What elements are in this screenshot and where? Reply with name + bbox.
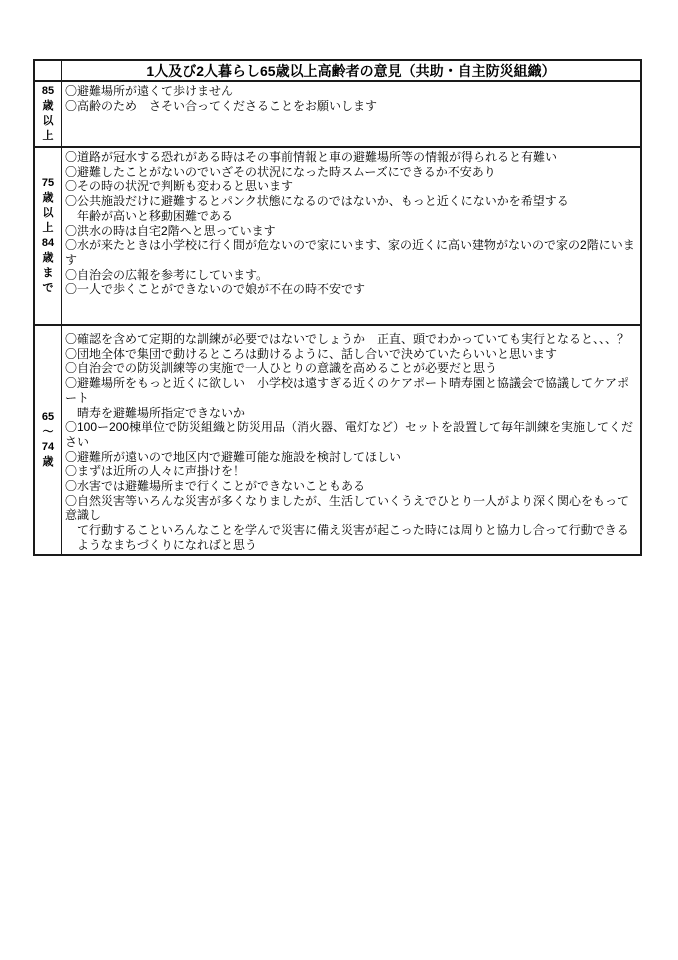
opinion-item: 〇自治会での防災訓練等の実施で一人ひとりの意識を高めることが必要だと思う bbox=[65, 361, 636, 376]
age-label-line: 歳 bbox=[43, 455, 54, 470]
opinion-item: 〇高齢のため さそい合ってくださることをお願いします bbox=[65, 99, 636, 114]
age-group-row: 65～74歳〇確認を含めて定期的な訓練が必要ではないでしょうか 正直、頭でわかっ… bbox=[35, 324, 640, 554]
opinion-item: 〇避難したことがないのでいざその状況になった時スムーズにできるか不安あり bbox=[65, 165, 636, 180]
age-label-line: 上 bbox=[43, 221, 54, 236]
document-page: 1人及び2人暮らし65歳以上高齢者の意見（共助・自主防災組織） 85歳以上〇避難… bbox=[0, 0, 678, 960]
age-group-row: 75歳以上84歳まで〇道路が冠水する恐れがある時はその事前情報と車の避難場所等の… bbox=[35, 146, 640, 324]
opinion-item: 〇自然災害等いろんな災害が多くなりましたが、生活していくうえでひとり一人がより深… bbox=[65, 494, 636, 553]
age-label-line: ～ bbox=[43, 425, 54, 440]
age-label-line: 85 bbox=[42, 84, 54, 99]
age-label-line: 84 bbox=[42, 236, 54, 251]
opinion-list: 〇道路が冠水する恐れがある時はその事前情報と車の避難場所等の情報が得られると有難… bbox=[62, 148, 640, 324]
age-label-line: 74 bbox=[42, 440, 54, 455]
opinion-item: 〇洪水の時は自宅2階へと思っています bbox=[65, 224, 636, 239]
age-label: 75歳以上84歳まで bbox=[35, 148, 62, 324]
opinion-item: 〇100ー200棟単位で防災組織と防災用品（消火器、電灯など）セットを設置して毎… bbox=[65, 420, 636, 449]
age-group-row: 85歳以上〇避難場所が遠くて歩けません〇高齢のため さそい合ってくださることをお… bbox=[35, 80, 640, 146]
header-empty-cell bbox=[35, 61, 62, 80]
age-label-line: 歳 bbox=[43, 251, 54, 266]
table-header-row: 1人及び2人暮らし65歳以上高齢者の意見（共助・自主防災組織） bbox=[35, 61, 640, 80]
age-label: 65～74歳 bbox=[35, 326, 62, 554]
age-label-line: 歳 bbox=[43, 191, 54, 206]
opinion-item: 〇一人で歩くことができないので娘が不在の時不安です bbox=[65, 282, 636, 297]
opinion-item: 〇避難所が遠いので地区内で避難可能な施設を検討してほしい bbox=[65, 450, 636, 465]
table-title: 1人及び2人暮らし65歳以上高齢者の意見（共助・自主防災組織） bbox=[62, 61, 640, 80]
table-body: 85歳以上〇避難場所が遠くて歩けません〇高齢のため さそい合ってくださることをお… bbox=[35, 80, 640, 554]
age-label-line: 75 bbox=[42, 176, 54, 191]
opinion-list: 〇確認を含めて定期的な訓練が必要ではないでしょうか 正直、頭でわかっていても実行… bbox=[62, 326, 640, 554]
opinion-item: 〇道路が冠水する恐れがある時はその事前情報と車の避難場所等の情報が得られると有難… bbox=[65, 150, 636, 165]
age-label-line: 歳 bbox=[43, 99, 54, 114]
opinion-item: 〇その時の状況で判断も変わると思います bbox=[65, 179, 636, 194]
age-label-line: 65 bbox=[42, 410, 54, 425]
age-label-line: ま bbox=[43, 266, 54, 281]
opinion-item: 〇確認を含めて定期的な訓練が必要ではないでしょうか 正直、頭でわかっていても実行… bbox=[65, 332, 636, 347]
opinion-item: 〇水害では避難場所まで行くことができないこともある bbox=[65, 479, 636, 494]
opinion-list: 〇避難場所が遠くて歩けません〇高齢のため さそい合ってくださることをお願いします bbox=[62, 82, 640, 146]
age-label: 85歳以上 bbox=[35, 82, 62, 146]
age-label-line: 以 bbox=[43, 114, 54, 129]
age-label-line: 以 bbox=[43, 206, 54, 221]
opinion-item: 〇避難場所が遠くて歩けません bbox=[65, 84, 636, 99]
age-label-line: で bbox=[43, 281, 54, 296]
opinion-item: 〇避難場所をもっと近くに欲しい 小学校は遠すぎる近くのケアポート晴寿園と協議会で… bbox=[65, 376, 636, 420]
opinion-item: 〇公共施設だけに避難するとパンク状態になるのではないか、もっと近くにないかを希望… bbox=[65, 194, 636, 223]
opinion-item: 〇自治会の広報を参考にしています。 bbox=[65, 268, 636, 283]
opinion-item: 〇団地全体で集団で動けるところは動けるように、話し合いで決めていたらいいと思いま… bbox=[65, 347, 636, 362]
opinions-table: 1人及び2人暮らし65歳以上高齢者の意見（共助・自主防災組織） 85歳以上〇避難… bbox=[33, 59, 642, 556]
opinion-item: 〇まずは近所の人々に声掛けを！ bbox=[65, 464, 636, 479]
age-label-line: 上 bbox=[43, 129, 54, 144]
opinion-item: 〇水が来たときは小学校に行く間が危ないので家にいます、家の近くに高い建物がないの… bbox=[65, 238, 636, 267]
